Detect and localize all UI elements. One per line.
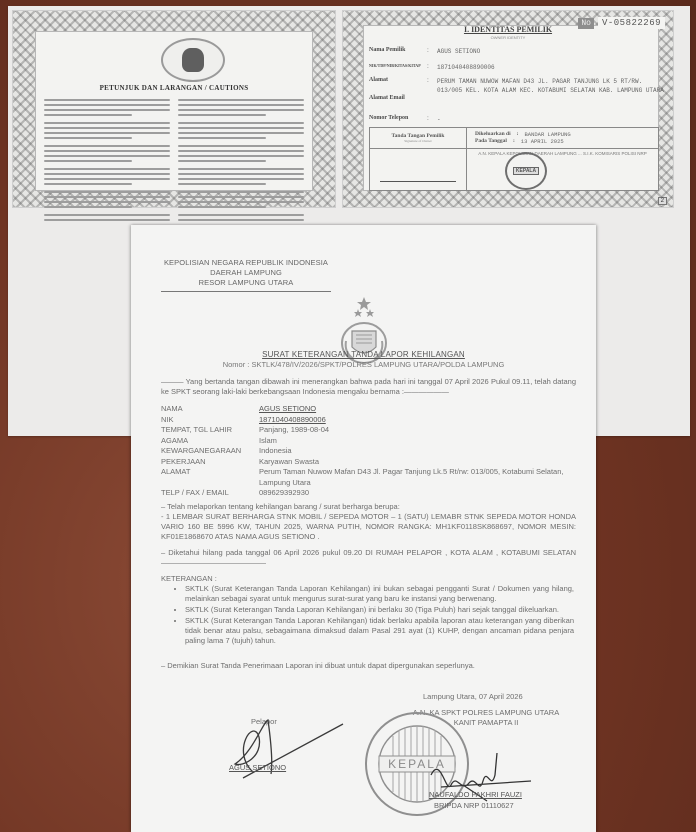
lost-item-report: – Telah melaporkan tentang kehilangan ba… [161, 502, 576, 542]
identity-value: 089629392930 [259, 488, 581, 499]
identity-row: TELP / FAX / EMAIL089629392930 [161, 488, 581, 499]
place-date: Lampung Utara, 07 April 2026 [423, 692, 523, 701]
letterhead: KEPOLISIAN NEGARA REPUBLIK INDONESIA DAE… [161, 258, 331, 288]
identity-key: NAMA [161, 404, 259, 415]
identity-row: ALAMATPerum Taman Nuwow Mafan D43 Jl. Pa… [161, 467, 581, 488]
identity-value: Panjang, 1989-08-04 [259, 425, 581, 436]
notes-list: SKTLK (Surat Keterangan Tanda Laporan Ke… [173, 584, 574, 647]
identity-row: PEKERJAANKaryawan Swasta [161, 457, 581, 468]
identity-key: PEKERJAAN [161, 457, 259, 468]
identity-value: Perum Taman Nuwow Mafan D43 Jl. Pagar Ta… [259, 467, 581, 488]
officer-nrp: BRIPDA NRP 01110627 [434, 801, 514, 810]
closing-paragraph: – Demikian Surat Tanda Penerimaan Lapora… [161, 661, 576, 671]
identity-row: NIK1871040408890006 [161, 415, 581, 426]
field-owner-email: Alamat Email [369, 95, 667, 101]
identity-key: ALAMAT [161, 467, 259, 488]
identity-value: Karyawan Swasta [259, 457, 581, 468]
note-item: SKTLK (Surat Keterangan Tanda Laporan Ke… [185, 584, 574, 604]
field-owner-address: Alamat: PERUM TAMAN NUWOW MAFAN D43 JL. … [369, 77, 667, 95]
police-loss-report-letter: KEPOLISIAN NEGARA REPUBLIK INDONESIA DAE… [131, 225, 596, 832]
stnk-owner-identity-panel: No V-05822269 I. IDENTITAS PEMILIK OWNER… [342, 10, 674, 208]
field-owner-name: Nama Pemilik: AGUS SETIONO [369, 47, 667, 56]
letterhead-rule [161, 291, 331, 292]
officer-name: NAUFALDO FAKHRI FAUZI [429, 790, 522, 799]
identity-key: NIK [161, 415, 259, 426]
reporter-label: Pelapor [251, 717, 277, 726]
owner-identity-title: I. IDENTITAS PEMILIK [343, 25, 673, 34]
national-emblem-icon [161, 38, 225, 82]
official-stamp-icon: KEPALA [505, 152, 547, 190]
notes-label: KETERANGAN : [161, 574, 576, 584]
identity-value: Islam [259, 436, 581, 447]
identity-row: TEMPAT, TGL LAHIRPanjang, 1989-08-04 [161, 425, 581, 436]
identity-key: TEMPAT, TGL LAHIR [161, 425, 259, 436]
document-title: SURAT KETERANGAN TANDA LAPOR KEHILANGAN [131, 350, 596, 359]
cautions-title: PETUNJUK DAN LARANGAN / CAUTIONS [36, 84, 312, 92]
identity-key: KEWARGANEGARAAN [161, 446, 259, 457]
field-owner-phone: Nomor Telepon: - [369, 115, 667, 124]
note-item: SKTLK (Surat Keterangan Tanda Laporan Ke… [185, 605, 574, 615]
stnk-cautions-panel: PETUNJUK DAN LARANGAN / CAUTIONS [12, 10, 336, 208]
identity-key: AGAMA [161, 436, 259, 447]
page-number: 2 [658, 197, 667, 205]
field-owner-nik: NIK/TDP/NIB/KITAS/KITAP: 187104040889000… [369, 63, 667, 72]
signature-table: Tanda Tangan Pemilik Signature of Owner … [369, 127, 659, 191]
identity-row: NAMAAGUS SETIONO [161, 404, 581, 415]
identity-row: AGAMAIslam [161, 436, 581, 447]
identity-row: KEWARGANEGARAANIndonesia [161, 446, 581, 457]
cautions-body [44, 96, 304, 184]
identity-value: Indonesia [259, 446, 581, 457]
identity-value: 1871040408890006 [259, 415, 581, 426]
lost-time-location: – Diketahui hilang pada tanggal 06 April… [161, 548, 576, 568]
svg-text:KEPALA: KEPALA [388, 757, 446, 771]
intro-paragraph: ——— Yang bertanda tangan dibawah ini men… [161, 377, 576, 397]
identity-key: TELP / FAX / EMAIL [161, 488, 259, 499]
reporter-name: AGUS SETIONO [229, 763, 286, 772]
identity-value: AGUS SETIONO [259, 404, 581, 415]
reporter-identity-table: NAMAAGUS SETIONONIK1871040408890006TEMPA… [161, 404, 581, 499]
document-number: Nomor : SKTLK/478/IV/2026/SPKT/POLRES LA… [131, 360, 596, 369]
note-item: SKTLK (Surat Keterangan Tanda Laporan Ke… [185, 616, 574, 646]
